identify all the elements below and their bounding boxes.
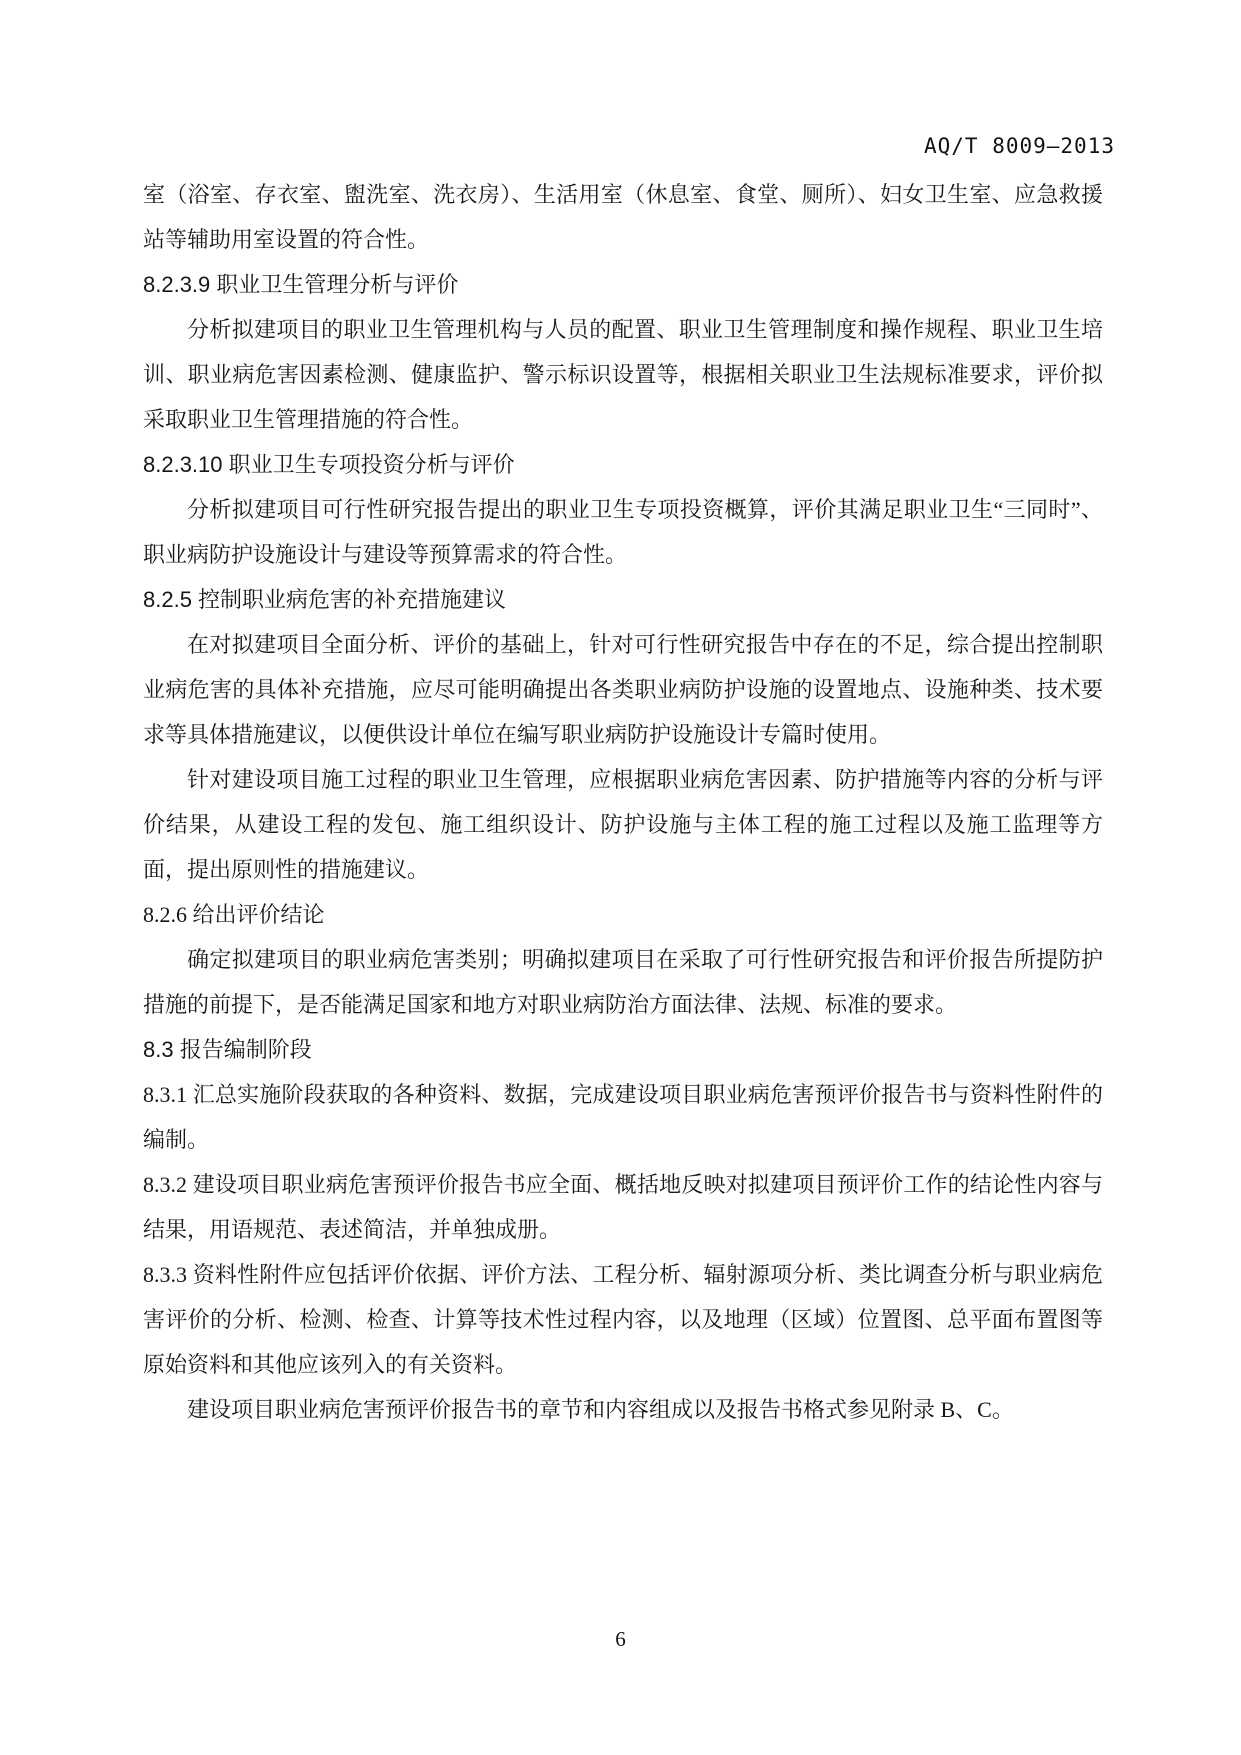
body-paragraph: 建设项目职业病危害预评价报告书的章节和内容组成以及报告书格式参见附录 B、C。 [143,1387,1103,1432]
body-paragraph: 8.3.1 汇总实施阶段获取的各种资料、数据，完成建设项目职业病危害预评价报告书… [143,1072,1103,1162]
document-page: AQ/T 8009—2013 室（浴室、存衣室、盥洗室、洗衣房）、生活用室（休息… [0,0,1241,1755]
document-body: 室（浴室、存衣室、盥洗室、洗衣房）、生活用室（休息室、食堂、厕所）、妇女卫生室、… [143,172,1103,1432]
page-number: 6 [0,1627,1241,1652]
clause-heading: 8.2.3.9 职业卫生管理分析与评价 [143,262,1103,307]
clause-heading: 8.2.3.10 职业卫生专项投资分析与评价 [143,442,1103,487]
body-paragraph: 确定拟建项目的职业病危害类别；明确拟建项目在采取了可行性研究报告和评价报告所提防… [143,937,1103,1027]
clause-heading: 8.2.6 给出评价结论 [143,892,1103,937]
body-paragraph: 室（浴室、存衣室、盥洗室、洗衣房）、生活用室（休息室、食堂、厕所）、妇女卫生室、… [143,172,1103,262]
body-paragraph: 8.3.3 资料性附件应包括评价依据、评价方法、工程分析、辐射源项分析、类比调查… [143,1252,1103,1387]
body-paragraph: 8.3.2 建设项目职业病危害预评价报告书应全面、概括地反映对拟建项目预评价工作… [143,1162,1103,1252]
standard-code-header: AQ/T 8009—2013 [924,134,1115,158]
body-paragraph: 在对拟建项目全面分析、评价的基础上，针对可行性研究报告中存在的不足，综合提出控制… [143,622,1103,757]
body-paragraph: 针对建设项目施工过程的职业卫生管理，应根据职业病危害因素、防护措施等内容的分析与… [143,757,1103,892]
clause-heading: 8.2.5 控制职业病危害的补充措施建议 [143,577,1103,622]
body-paragraph: 分析拟建项目可行性研究报告提出的职业卫生专项投资概算，评价其满足职业卫生“三同时… [143,487,1103,577]
clause-heading: 8.3 报告编制阶段 [143,1027,1103,1072]
body-paragraph: 分析拟建项目的职业卫生管理机构与人员的配置、职业卫生管理制度和操作规程、职业卫生… [143,307,1103,442]
